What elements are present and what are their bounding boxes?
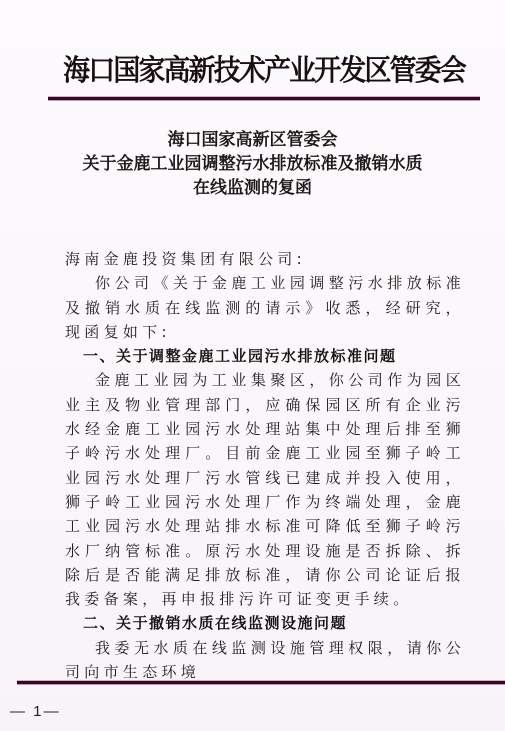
document-page: 海口国家高新技术产业开发区管委会 海口国家高新区管委会 关于金鹿工业园调整污水排…	[0, 0, 505, 731]
title-line-1: 海口国家高新区管委会	[0, 128, 505, 152]
section-paragraph-1: 金鹿工业园为工业集聚区，你公司作为园区业主及物业管理部门，应确保园区所有企业污水…	[65, 368, 465, 611]
footer-divider	[17, 681, 505, 684]
page-number: — 1—	[10, 703, 61, 720]
section-paragraph-2: 我委无水质在线监测设施管理权限，请你公司向市生态环境	[65, 636, 465, 685]
title-line-2: 关于金鹿工业园调整污水排放标准及撤销水质	[0, 152, 505, 176]
section-heading-2: 二、关于撤销水质在线监测设施问题	[65, 611, 465, 635]
document-body: 海南金鹿投资集团有限公司: 你公司《关于金鹿工业园调整污水排放标准及撤销水质在线…	[65, 247, 465, 684]
title-line-3: 在线监测的复函	[0, 176, 505, 200]
letterhead-divider	[48, 97, 480, 100]
section-heading-1: 一、关于调整金鹿工业园污水排放标准问题	[65, 344, 465, 368]
intro-paragraph: 你公司《关于金鹿工业园调整污水排放标准及撤销水质在线监测的请示》收悉，经研究，现…	[65, 271, 465, 344]
salutation: 海南金鹿投资集团有限公司:	[65, 247, 465, 271]
document-title: 海口国家高新区管委会 关于金鹿工业园调整污水排放标准及撤销水质 在线监测的复函	[0, 128, 505, 200]
letterhead-organization: 海口国家高新技术产业开发区管委会	[63, 52, 465, 88]
